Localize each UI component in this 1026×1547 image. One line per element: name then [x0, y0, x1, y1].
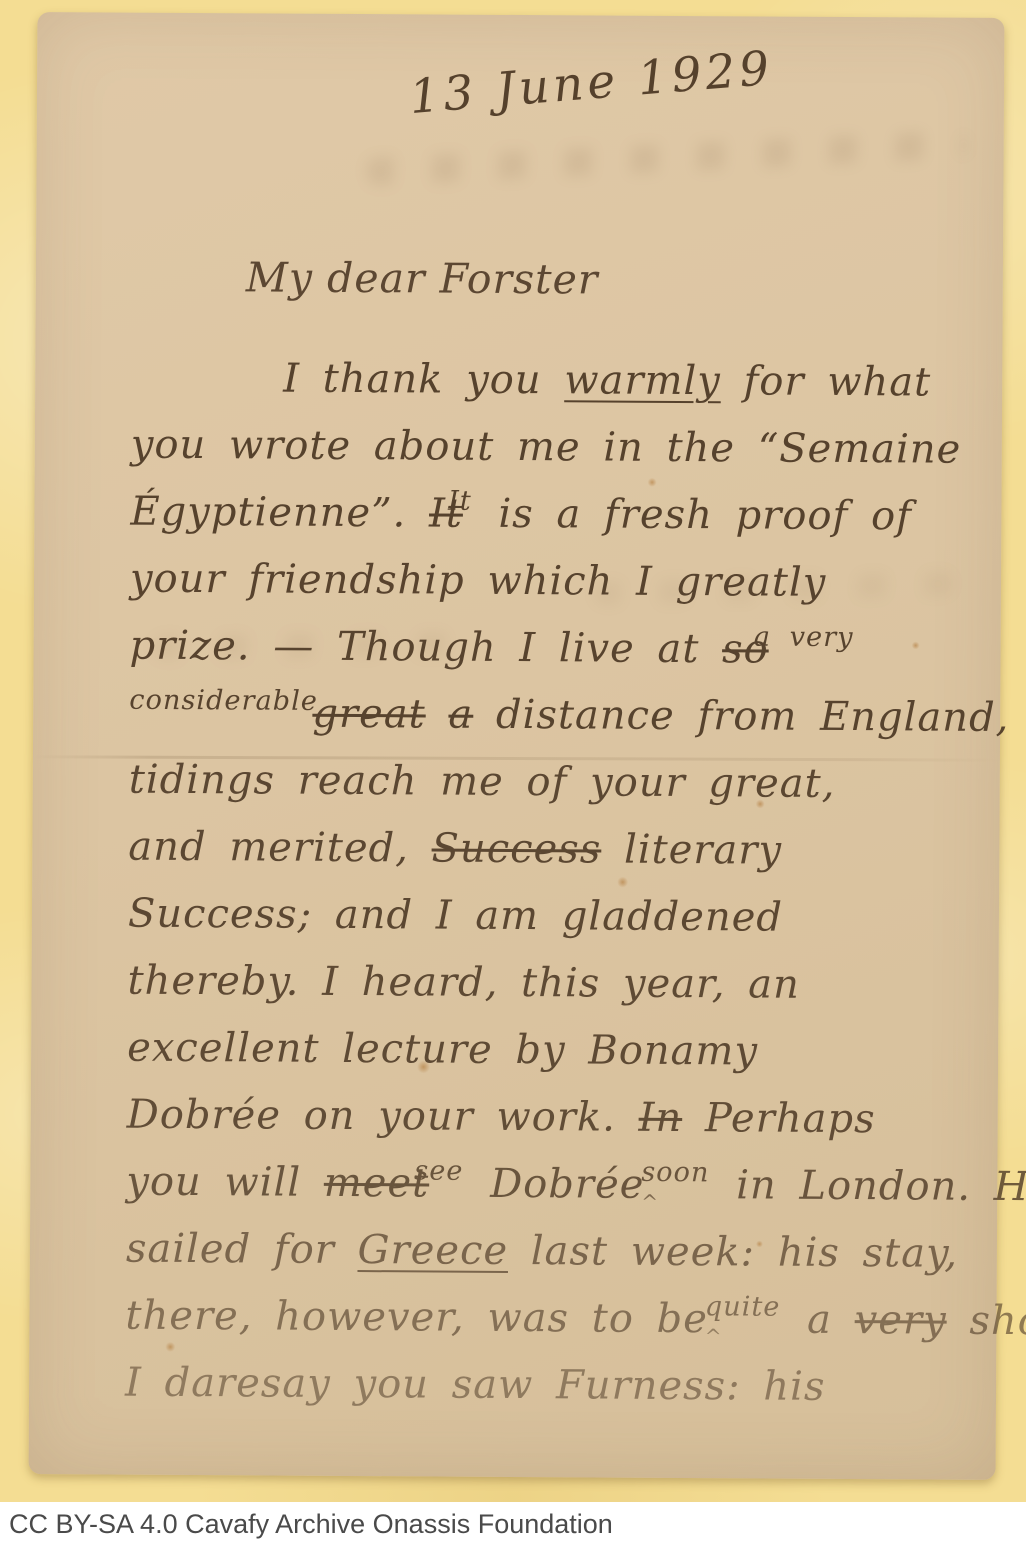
text-segment: Dobrée	[467, 1161, 644, 1208]
text-segment: you wrote about me in the “Semaine	[131, 422, 962, 473]
letter-salutation: My dear Forster	[246, 253, 599, 303]
text-segment: is a fresh proof of	[476, 491, 912, 540]
text-segment: last week: his stay,	[508, 1228, 958, 1277]
struck-text-segment: Success	[431, 825, 601, 872]
inserted-text-segment: considerable	[129, 687, 318, 715]
inserted-text-segment: see	[414, 1158, 463, 1186]
text-segment: you will	[126, 1159, 324, 1206]
inserted-text-segment: soon	[641, 1159, 709, 1187]
text-segment: prize. — Though I live at	[129, 623, 722, 673]
letter-line: tidings reach me of your great,	[129, 747, 1021, 819]
letter-line: and merited, Success literary	[128, 814, 1020, 886]
letter-line: prize. — Though I live at soa very	[129, 613, 1021, 685]
text-segment: literary	[601, 827, 782, 874]
inserted-text-segment: It	[448, 488, 472, 515]
text-segment: there, however, was to be	[125, 1293, 708, 1343]
letter-line: I thank you warmly for what	[131, 345, 1023, 417]
letter-line: excellent lecture by Bonamy	[127, 1015, 1019, 1087]
letter-line: Success; and I am gladdened	[128, 881, 1020, 953]
inserted-text-segment: quite	[705, 1293, 781, 1321]
text-segment: thereby. I heard, this year, an	[127, 958, 800, 1008]
text-segment: ^	[641, 1192, 659, 1212]
letter-paper: 13 June 1929 My dear Forster I thank you…	[29, 12, 1005, 1480]
text-segment: excellent lecture by Bonamy	[127, 1025, 758, 1075]
text-segment: your friendship which I greatly	[130, 556, 827, 606]
letter-line: you wrote about me in the “Semaine	[131, 412, 1023, 484]
letter-line: I daresay you saw Furness: his	[125, 1350, 1017, 1422]
text-segment: for what	[721, 358, 932, 405]
letter-body: I thank you warmly for whatyou wrote abo…	[125, 345, 1024, 1422]
text-segment: I daresay you saw Furness: his	[125, 1360, 826, 1410]
license-caption: CC BY-SA 4.0 Cavafy Archive Onassis Foun…	[0, 1502, 1026, 1547]
text-segment: and merited,	[128, 824, 432, 872]
letter-line: Dobrée on your work. In Perhaps	[127, 1082, 1019, 1154]
struck-text-segment: very	[855, 1297, 947, 1344]
text-segment: warmly	[564, 357, 721, 404]
text-segment: ^	[705, 1326, 723, 1346]
struck-text-segment: great	[312, 691, 426, 738]
letter-date: 13 June 1929	[407, 41, 775, 125]
text-segment: in London. He	[713, 1162, 1026, 1210]
struck-text-segment: In	[638, 1095, 682, 1141]
text-segment: Égyptienne”.	[130, 489, 429, 537]
letter-line: considerablegreat a distance from Englan…	[129, 680, 1021, 752]
text-segment: short one. —	[947, 1298, 1026, 1346]
struck-text-segment: a	[448, 692, 473, 738]
letter-line: you will meetsee Dobrée^soon in London. …	[126, 1149, 1018, 1221]
text-segment: Success; and I am gladdened	[128, 891, 783, 941]
text-segment: Dobrée on your work.	[127, 1092, 639, 1141]
letter-line: Égyptienne”. ItIt is a fresh proof of	[130, 479, 1022, 551]
text-segment: Perhaps	[682, 1095, 876, 1142]
text-segment	[426, 691, 449, 737]
scan-page: { "colors":{ "outer_background":"#f4dd93…	[0, 0, 1026, 1547]
letter-line: sailed for Greece last week: his stay,	[126, 1216, 1018, 1288]
text-segment: tidings reach me of your great,	[129, 757, 836, 807]
text-segment: a	[784, 1297, 855, 1343]
text-segment: Greece	[357, 1227, 508, 1274]
text-segment: I thank you	[283, 356, 564, 404]
text-segment: distance from England,	[473, 692, 1009, 741]
letter-line: thereby. I heard, this year, an	[127, 948, 1019, 1020]
letter-line: your friendship which I greatly	[130, 546, 1022, 618]
inserted-text-segment: a very	[754, 624, 854, 652]
ink-bleedthrough	[366, 130, 967, 186]
letter-line: there, however, was to be^quite a very s…	[125, 1283, 1017, 1355]
text-segment: sailed for	[126, 1226, 358, 1273]
